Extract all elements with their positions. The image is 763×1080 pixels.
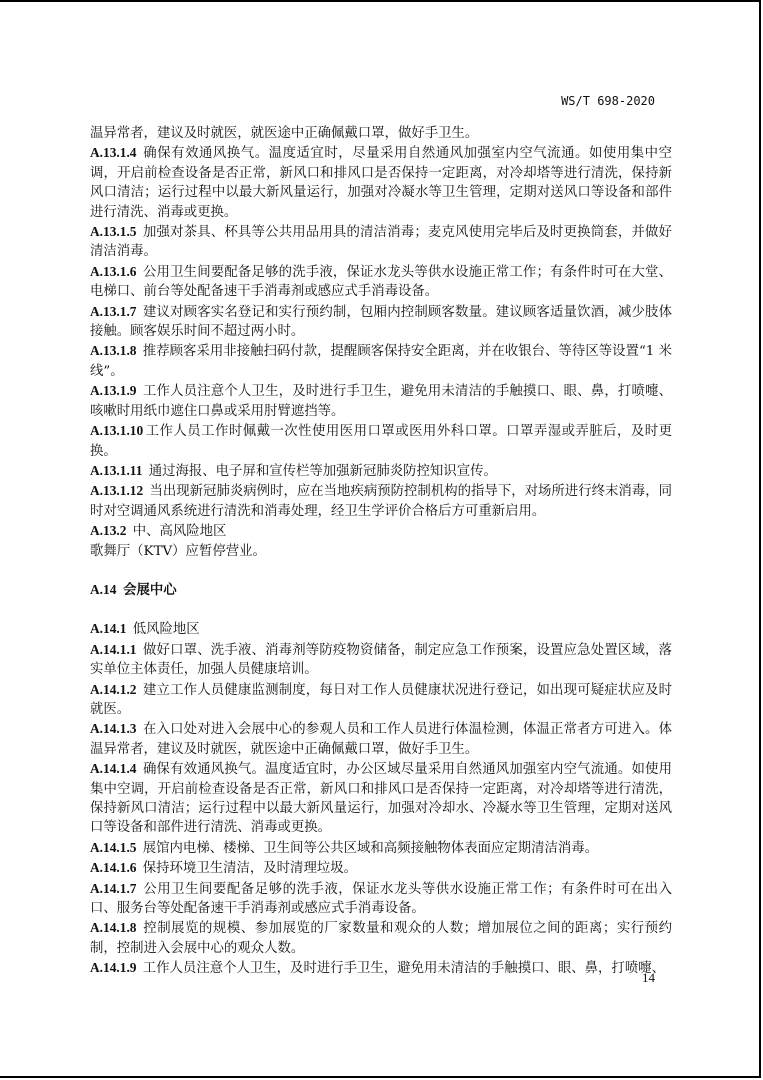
clause-a14-1-5: A.14.1.5 展馆内电梯、楼梯、卫生间等公共区域和高频接触物体表面应定期清洁… xyxy=(90,838,672,858)
clause-a14-1-8: A.14.1.8 控制展览的规模、参加展览的厂家数量和观众的人数；增加展位之间的… xyxy=(90,918,672,958)
clause-text: 做好口罩、洗手液、消毒剂等防疫物资储备，制定应急工作预案，设置应急处置区域，落实… xyxy=(90,643,672,677)
clause-text: 保持环境卫生清洁，及时清理垃圾。 xyxy=(143,861,357,876)
clause-number: A.14.1.6 xyxy=(90,860,137,875)
clause-number: A.13.1.11 xyxy=(90,463,142,478)
clause-a13-1-7: A.13.1.7 建议对顾客实名登记和实行预约制，包厢内控制顾客数量。建议顾客适… xyxy=(90,302,672,342)
clause-text: 公用卫生间要配备足够的洗手液，保证水龙头等供水设施正常工作；有条件时可在大堂、电… xyxy=(90,265,672,299)
clause-number: A.14.1.9 xyxy=(90,960,137,975)
document-page: WS/T 698-2020 温异常者，建议及时就医，就医途中正确佩戴口罩，做好手… xyxy=(0,0,761,1078)
clause-text: 通过海报、电子屏和宣传栏等加强新冠肺炎防控知识宣传。 xyxy=(149,464,497,479)
subsection-text-a13-2: 歌舞厅（KTV）应暂停营业。 xyxy=(90,542,672,561)
clause-text: 确保有效通风换气。温度适宜时，尽量采用自然通风加强室内空气流通。如使用集中空调，… xyxy=(90,146,672,219)
subsection-heading-a14-1: A.14.1 低风险地区 xyxy=(90,619,672,639)
clause-number: A.14.1.1 xyxy=(90,642,137,657)
clause-number: A.13.1.6 xyxy=(90,264,137,279)
subsection-number: A.14.1 xyxy=(90,621,126,636)
clause-a14-1-9: A.14.1.9 工作人员注意个人卫生，及时进行手卫生，避免用未清洁的手触摸口、… xyxy=(90,958,672,978)
clause-text: 展馆内电梯、楼梯、卫生间等公共区域和高频接触物体表面应定期清洁消毒。 xyxy=(143,841,598,856)
clause-a13-1-9: A.13.1.9 工作人员注意个人卫生，及时进行手卫生，避免用未清洁的手触摸口、… xyxy=(90,381,672,421)
clause-text: 控制展览的规模、参加展览的厂家数量和观众的人数；增加展位之间的距离；实行预约制，… xyxy=(90,921,672,955)
clause-number: A.13.1.7 xyxy=(90,304,137,319)
continuation-paragraph: 温异常者，建议及时就医，就医途中正确佩戴口罩，做好手卫生。 xyxy=(90,124,672,143)
clause-a13-1-12: A.13.1.12 当出现新冠肺炎病例时，应在当地疾病预防控制机构的指导下，对场… xyxy=(90,481,672,521)
clause-a13-1-11: A.13.1.11 通过海报、电子屏和宣传栏等加强新冠肺炎防控知识宣传。 xyxy=(90,461,672,481)
clause-a14-1-4: A.14.1.4 确保有效通风换气。温度适宜时，办公区域尽量采用自然通风加强室内… xyxy=(90,759,672,838)
clause-number: A.13.1.5 xyxy=(90,224,137,239)
page-number: 14 xyxy=(642,970,655,986)
clause-text: 建议对顾客实名登记和实行预约制，包厢内控制顾客数量。建议顾客适量饮酒，减少肢体接… xyxy=(90,305,672,339)
subsection-heading-a13-2: A.13.2 中、高风险地区 xyxy=(90,521,672,541)
clause-a13-1-10: A.13.1.10工作人员工作时佩戴一次性使用医用口罩或医用外科口罩。口罩弄湿或… xyxy=(90,421,672,461)
clause-a13-1-5: A.13.1.5 加强对茶具、杯具等公共用品用具的清洁消毒；麦克风使用完毕后及时… xyxy=(90,222,672,262)
clause-text: 工作人员注意个人卫生，及时进行手卫生，避免用未清洁的手触摸口、眼、鼻，打喷嚏、 xyxy=(143,961,665,976)
clause-a14-1-1: A.14.1.1 做好口罩、洗手液、消毒剂等防疫物资储备，制定应急工作预案，设置… xyxy=(90,640,672,680)
clause-number: A.14.1.7 xyxy=(90,881,137,896)
section-heading-a14: A.14 会展中心 xyxy=(90,580,672,600)
clause-text: 加强对茶具、杯具等公共用品用具的清洁消毒；麦克风使用完毕后及时更换筒套，并做好清… xyxy=(90,225,672,259)
clause-number: A.14.1.5 xyxy=(90,840,137,855)
clause-a13-1-8: A.13.1.8 推荐顾客采用非接触扫码付款，提醒顾客保持安全距离，并在收银台、… xyxy=(90,341,672,381)
clause-number: A.14.1.2 xyxy=(90,682,137,697)
clause-number: A.14.1.4 xyxy=(90,761,137,776)
clause-text: 在入口处对进入会展中心的参观人员和工作人员进行体温检测，体温正常者方可进入。体温… xyxy=(90,722,672,756)
clause-number: A.14.1.3 xyxy=(90,721,137,736)
clause-number: A.13.1.12 xyxy=(90,483,143,498)
clause-text: 公用卫生间要配备足够的洗手液，保证水龙头等供水设施正常工作；有条件时可在出入口、… xyxy=(90,882,672,916)
clause-a14-1-3: A.14.1.3 在入口处对进入会展中心的参观人员和工作人员进行体温检测，体温正… xyxy=(90,719,672,759)
subsection-title: 中、高风险地区 xyxy=(133,524,227,539)
document-body: 温异常者，建议及时就医，就医途中正确佩戴口罩，做好手卫生。 A.13.1.4 确… xyxy=(90,124,672,979)
clause-text: 工作人员注意个人卫生，及时进行手卫生，避免用未清洁的手触摸口、眼、鼻，打喷嚏、咳… xyxy=(90,384,672,418)
clause-number: A.13.1.8 xyxy=(90,343,137,358)
clause-a13-1-4: A.13.1.4 确保有效通风换气。温度适宜时，尽量采用自然通风加强室内空气流通… xyxy=(90,143,672,222)
section-number: A.14 xyxy=(90,582,116,597)
standard-code: WS/T 698-2020 xyxy=(561,94,655,108)
subsection-number: A.13.2 xyxy=(90,523,126,538)
clause-number: A.13.1.10 xyxy=(90,423,143,438)
clause-a14-1-2: A.14.1.2 建立工作人员健康监测制度，每日对工作人员健康状况进行登记，如出… xyxy=(90,680,672,720)
clause-number: A.13.1.4 xyxy=(90,145,137,160)
clause-number: A.13.1.9 xyxy=(90,383,137,398)
subsection-title: 低风险地区 xyxy=(133,622,200,637)
clause-text: 工作人员工作时佩戴一次性使用医用口罩或医用外科口罩。口罩弄湿或弄脏后，及时更换。 xyxy=(90,424,672,458)
clause-text: 建立工作人员健康监测制度，每日对工作人员健康状况进行登记，如出现可疑症状应及时就… xyxy=(90,683,672,717)
clause-a13-1-6: A.13.1.6 公用卫生间要配备足够的洗手液，保证水龙头等供水设施正常工作；有… xyxy=(90,262,672,302)
section-title: 会展中心 xyxy=(123,583,177,598)
clause-text: 当出现新冠肺炎病例时，应在当地疾病预防控制机构的指导下，对场所进行终末消毒，同时… xyxy=(90,484,672,518)
clause-a14-1-6: A.14.1.6 保持环境卫生清洁，及时清理垃圾。 xyxy=(90,858,672,878)
clause-a14-1-7: A.14.1.7 公用卫生间要配备足够的洗手液，保证水龙头等供水设施正常工作；有… xyxy=(90,879,672,919)
clause-text: 推荐顾客采用非接触扫码付款，提醒顾客保持安全距离，并在收银台、等待区等设置“1 … xyxy=(90,344,672,378)
clause-text: 确保有效通风换气。温度适宜时，办公区域尽量采用自然通风加强室内空气流通。如使用集… xyxy=(90,762,672,835)
clause-number: A.14.1.8 xyxy=(90,920,137,935)
